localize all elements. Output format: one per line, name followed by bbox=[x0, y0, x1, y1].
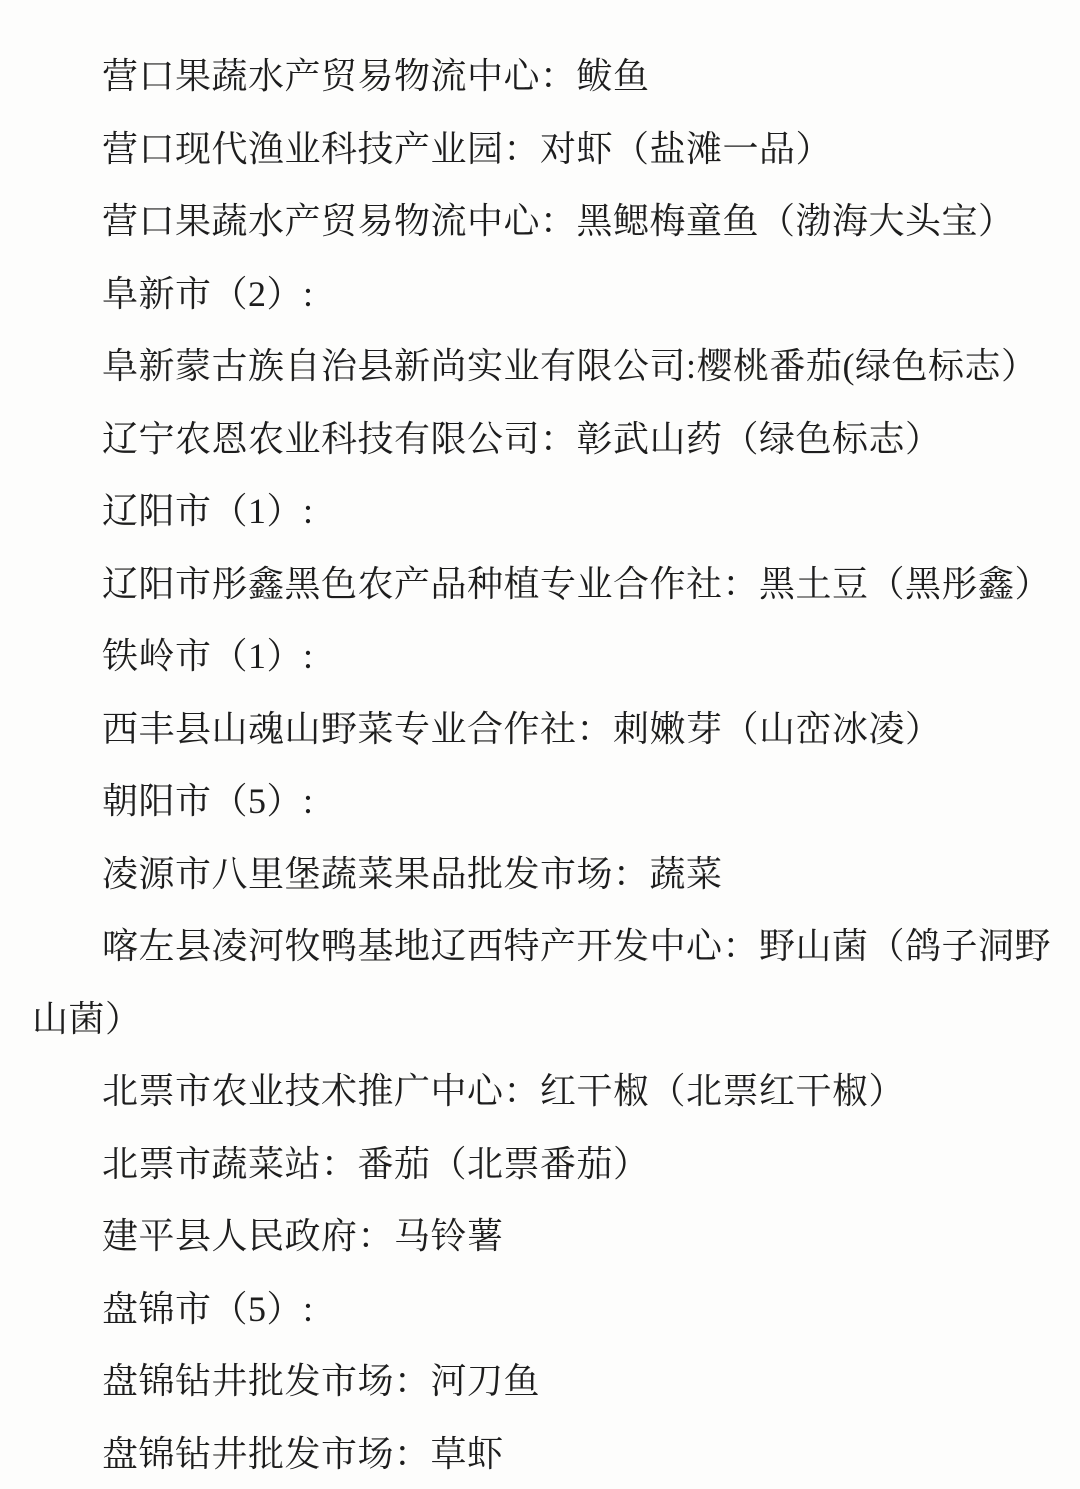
document-line-city-heading: 盘锦市（5）: bbox=[32, 1273, 1052, 1346]
document-line: 凌源市八里堡蔬菜果品批发市场：蔬菜 bbox=[32, 838, 1052, 911]
document-line: 西丰县山魂山野菜专业合作社：刺嫩芽（山峦冰凌） bbox=[32, 693, 1052, 766]
document-line-city-heading: 阜新市（2）: bbox=[32, 258, 1052, 331]
document-line: 盘锦钻井批发市场：草虾 bbox=[32, 1418, 1052, 1489]
document-line: 北票市农业技术推广中心：红干椒（北票红干椒） bbox=[32, 1055, 1052, 1128]
scanned-document-page: 营口果蔬水产贸易物流中心：鲅鱼 营口现代渔业科技产业园：对虾（盐滩一品） 营口果… bbox=[0, 0, 1080, 1489]
document-line: 盘锦钻井批发市场：河刀鱼 bbox=[32, 1345, 1052, 1418]
document-line-city-heading: 朝阳市（5）: bbox=[32, 765, 1052, 838]
document-line: 营口果蔬水产贸易物流中心：鲅鱼 bbox=[32, 40, 1052, 113]
document-line: 建平县人民政府：马铃薯 bbox=[32, 1200, 1052, 1273]
document-text-block: 营口果蔬水产贸易物流中心：鲅鱼 营口现代渔业科技产业园：对虾（盐滩一品） 营口果… bbox=[32, 40, 1052, 1489]
document-line: 营口果蔬水产贸易物流中心：黑鳃梅童鱼（渤海大头宝） bbox=[32, 185, 1052, 258]
document-line-city-heading: 铁岭市（1）: bbox=[32, 620, 1052, 693]
document-line-city-heading: 辽阳市（1）: bbox=[32, 475, 1052, 548]
document-line: 喀左县凌河牧鸭基地辽西特产开发中心：野山菌（鸽子洞野 bbox=[32, 910, 1052, 983]
document-line: 辽宁农恩农业科技有限公司：彰武山药（绿色标志） bbox=[32, 403, 1052, 476]
document-line: 北票市蔬菜站：番茄（北票番茄） bbox=[32, 1128, 1052, 1201]
document-line: 营口现代渔业科技产业园：对虾（盐滩一品） bbox=[32, 113, 1052, 186]
document-line: 阜新蒙古族自治县新尚实业有限公司:樱桃番茄(绿色标志） bbox=[32, 330, 1052, 403]
document-line: 辽阳市彤鑫黑色农产品种植专业合作社：黑土豆（黑彤鑫） bbox=[32, 548, 1052, 621]
document-line-wrap-continuation: 山菌） bbox=[32, 983, 1052, 1056]
